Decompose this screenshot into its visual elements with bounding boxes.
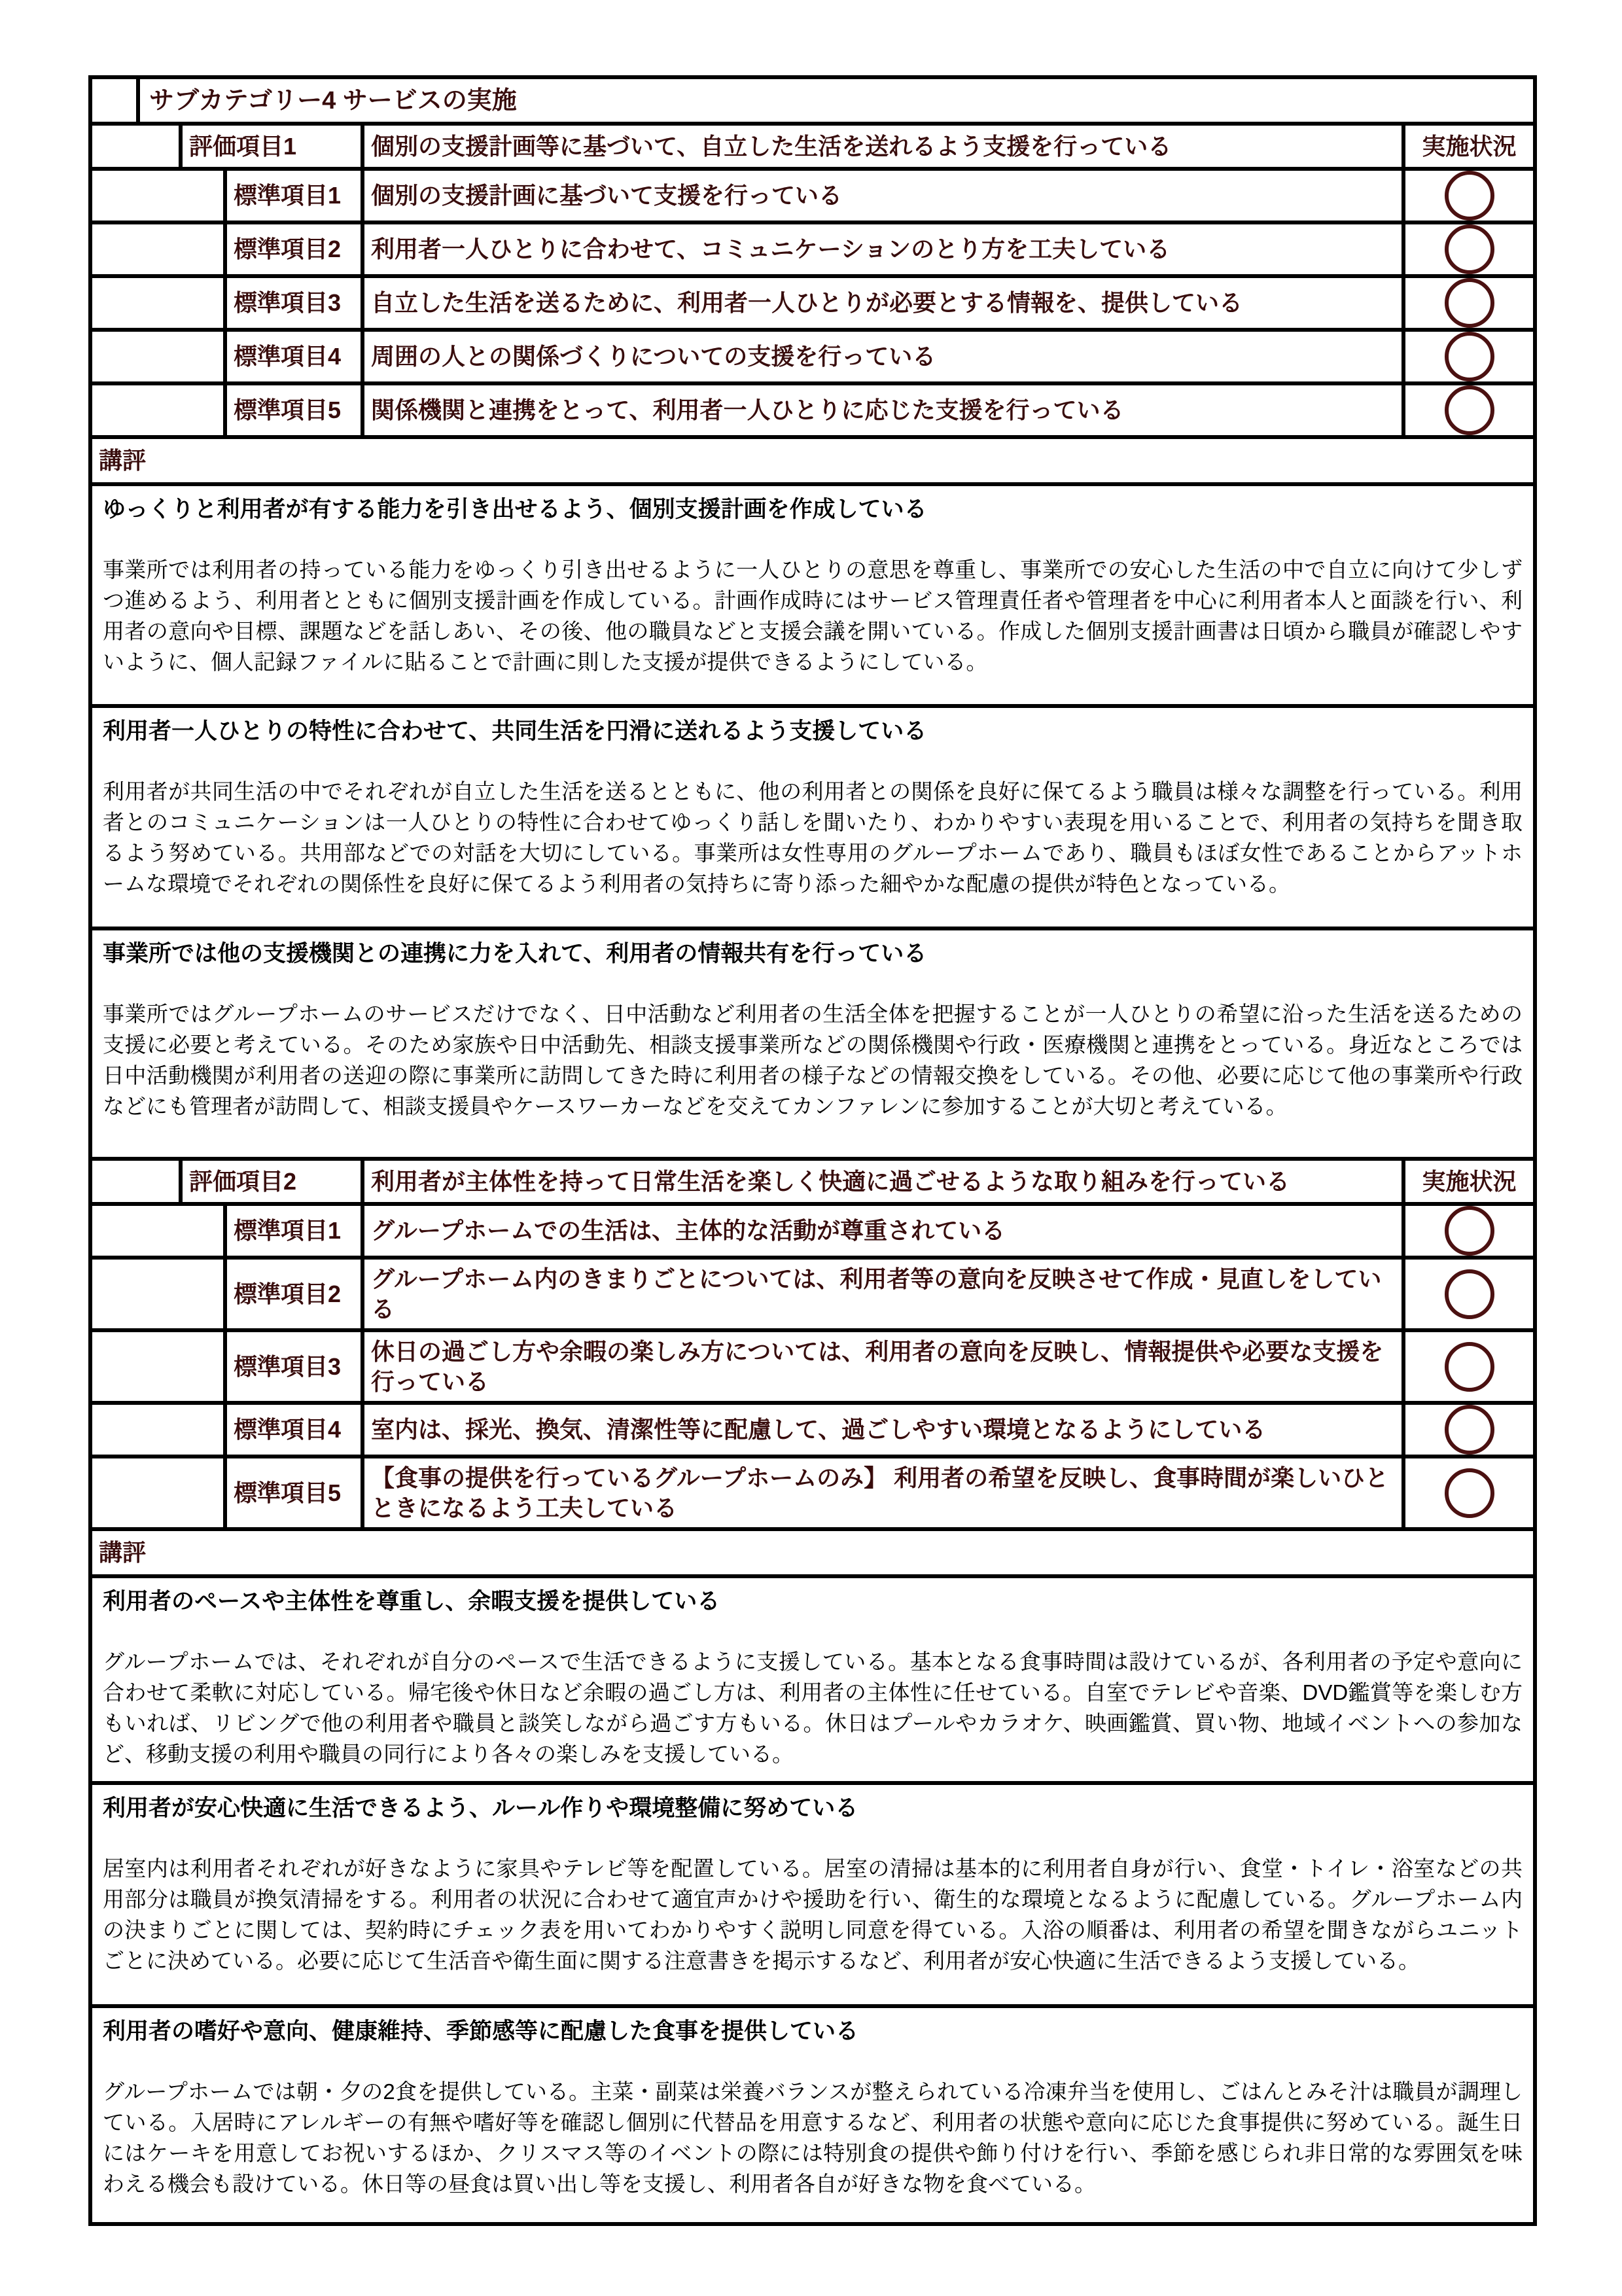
- review-block: ゆっくりと利用者が有する能力を引き出せるよう、個別支援計画を作成している 事業所…: [92, 486, 1533, 704]
- status-circle-icon: [1445, 171, 1494, 221]
- review-block-row: 利用者のペースや主体性を尊重し、余暇支援を提供している グループホームでは、それ…: [92, 1574, 1533, 1781]
- standard-item-text: グループホームでの生活は、主体的な活動が尊重されている: [361, 1206, 1402, 1256]
- status-column-header: 実施状況: [1402, 126, 1533, 167]
- review-body: 事業所ではグループホームのサービスだけでなく、日中活動など利用者の生活全体を把握…: [103, 998, 1523, 1122]
- standard-item-label: 標準項目5: [223, 385, 361, 435]
- indent-cell: [92, 1405, 223, 1455]
- standard-item-text: 【食事の提供を行っているグループホームのみ】 利用者の希望を反映し、食事時間が楽…: [361, 1458, 1402, 1527]
- standard-item-row: 標準項目5 【食事の提供を行っているグループホームのみ】 利用者の希望を反映し、…: [92, 1455, 1533, 1527]
- indent-cell: [92, 1332, 223, 1401]
- review-block: 利用者が安心快適に生活できるよう、ルール作りや環境整備に努めている 居室内は利用…: [92, 1785, 1533, 2004]
- standard-item-label: 標準項目4: [223, 1405, 361, 1455]
- standard-item-label: 標準項目2: [223, 224, 361, 274]
- standard-item-label: 標準項目3: [223, 1332, 361, 1401]
- indent-cell: [92, 1206, 223, 1256]
- review-block-row: 事業所では他の支援機関との連携に力を入れて、利用者の情報共有を行っている 事業所…: [92, 927, 1533, 1157]
- status-cell: [1402, 171, 1533, 221]
- status-cell: [1402, 332, 1533, 381]
- review-block-row: 利用者が安心快適に生活できるよう、ルール作りや環境整備に努めている 居室内は利用…: [92, 1781, 1533, 2004]
- report-page: サブカテゴリー4 サービスの実施 評価項目1 個別の支援計画等に基づいて、自立し…: [0, 0, 1622, 2296]
- standard-item-label: 標準項目1: [223, 171, 361, 221]
- standard-item-row: 標準項目1 個別の支援計画に基づいて支援を行っている: [92, 167, 1533, 221]
- review-header-row: 講評: [92, 435, 1533, 482]
- standard-item-row: 標準項目5 関係機関と連携をとって、利用者一人ひとりに応じた支援を行っている: [92, 381, 1533, 435]
- status-circle-icon: [1445, 278, 1494, 328]
- standard-item-text: 周囲の人との関係づくりについての支援を行っている: [361, 332, 1402, 381]
- standard-item-row: 標準項目3 休日の過ごし方や余暇の楽しみ方については、利用者の意向を反映し、情報…: [92, 1328, 1533, 1401]
- review-headline: 利用者の嗜好や意向、健康維持、季節感等に配慮した食事を提供している: [103, 2016, 1523, 2047]
- review-body: 居室内は利用者それぞれが好きなように家具やテレビ等を配置している。居室の清掃は基…: [103, 1853, 1523, 1976]
- standard-item-text: 関係機関と連携をとって、利用者一人ひとりに応じた支援を行っている: [361, 385, 1402, 435]
- indent-cell: [92, 171, 223, 221]
- standard-item-row: 標準項目1 グループホームでの生活は、主体的な活動が尊重されている: [92, 1202, 1533, 1256]
- indent-cell: [92, 278, 223, 328]
- review-label: 講評: [92, 439, 152, 482]
- status-circle-icon: [1445, 224, 1494, 274]
- indent-cell: [92, 1458, 223, 1527]
- status-circle-icon: [1445, 1206, 1494, 1256]
- review-body: 事業所では利用者の持っている能力をゆっくり引き出せるように一人ひとりの意思を尊重…: [103, 554, 1523, 677]
- review-headline: 事業所では他の支援機関との連携に力を入れて、利用者の情報共有を行っている: [103, 938, 1523, 970]
- review-block: 利用者一人ひとりの特性に合わせて、共同生活を円滑に送れるよう支援している 利用者…: [92, 708, 1533, 927]
- status-circle-icon: [1445, 1468, 1494, 1518]
- review-label: 講評: [92, 1531, 152, 1574]
- status-circle-icon: [1445, 385, 1494, 435]
- status-circle-icon: [1445, 332, 1494, 381]
- standard-item-text: 利用者一人ひとりに合わせて、コミュニケーションのとり方を工夫している: [361, 224, 1402, 274]
- review-block: 利用者のペースや主体性を尊重し、余暇支援を提供している グループホームでは、それ…: [92, 1578, 1533, 1781]
- evaluation-item-label: 評価項目1: [179, 126, 361, 167]
- standard-item-label: 標準項目4: [223, 332, 361, 381]
- status-cell: [1402, 1206, 1533, 1256]
- review-headline: 利用者が安心快適に生活できるよう、ルール作りや環境整備に努めている: [103, 1793, 1523, 1824]
- indent-cell: [92, 332, 223, 381]
- indent-cell: [92, 224, 223, 274]
- standard-item-text: グループホーム内のきまりごとについては、利用者等の意向を反映させて作成・見直しを…: [361, 1260, 1402, 1328]
- indent-cell: [92, 79, 136, 122]
- evaluation-item-label: 評価項目2: [179, 1161, 361, 1202]
- standard-item-text: 自立した生活を送るために、利用者一人ひとりが必要とする情報を、提供している: [361, 278, 1402, 328]
- evaluation-item-text: 個別の支援計画等に基づいて、自立した生活を送れるよう支援を行っている: [361, 126, 1402, 167]
- status-cell: [1402, 1405, 1533, 1455]
- status-circle-icon: [1445, 1405, 1494, 1455]
- standard-item-row: 標準項目2 利用者一人ひとりに合わせて、コミュニケーションのとり方を工夫している: [92, 221, 1533, 274]
- indent-cell: [92, 385, 223, 435]
- review-block-row: ゆっくりと利用者が有する能力を引き出せるよう、個別支援計画を作成している 事業所…: [92, 482, 1533, 704]
- standard-item-row: 標準項目4 室内は、採光、換気、清潔性等に配慮して、過ごしやすい環境となるように…: [92, 1401, 1533, 1455]
- review-block: 事業所では他の支援機関との連携に力を入れて、利用者の情報共有を行っている 事業所…: [92, 930, 1533, 1157]
- subcategory-title: サブカテゴリー4 サービスの実施: [136, 79, 526, 122]
- standard-item-text: 室内は、採光、換気、清潔性等に配慮して、過ごしやすい環境となるようにしている: [361, 1405, 1402, 1455]
- standard-item-row: 標準項目3 自立した生活を送るために、利用者一人ひとりが必要とする情報を、提供し…: [92, 274, 1533, 328]
- indent-cell: [92, 126, 179, 167]
- status-cell: [1402, 1458, 1533, 1527]
- status-circle-icon: [1445, 1342, 1494, 1392]
- standard-item-text: 休日の過ごし方や余暇の楽しみ方については、利用者の意向を反映し、情報提供や必要な…: [361, 1332, 1402, 1401]
- evaluation-report-table: サブカテゴリー4 サービスの実施 評価項目1 個別の支援計画等に基づいて、自立し…: [88, 75, 1537, 2226]
- review-headline: 利用者のペースや主体性を尊重し、余暇支援を提供している: [103, 1586, 1523, 1617]
- status-cell: [1402, 224, 1533, 274]
- standard-item-text: 個別の支援計画に基づいて支援を行っている: [361, 171, 1402, 221]
- status-circle-icon: [1445, 1269, 1494, 1319]
- evaluation-item-text: 利用者が主体性を持って日常生活を楽しく快適に過ごせるような取り組みを行っている: [361, 1161, 1402, 1202]
- status-column-header: 実施状況: [1402, 1161, 1533, 1202]
- review-headline: 利用者一人ひとりの特性に合わせて、共同生活を円滑に送れるよう支援している: [103, 716, 1523, 747]
- standard-item-label: 標準項目2: [223, 1260, 361, 1328]
- status-cell: [1402, 278, 1533, 328]
- review-body: グループホームでは、それぞれが自分のペースで生活できるように支援している。基本と…: [103, 1646, 1523, 1769]
- review-block-row: 利用者の嗜好や意向、健康維持、季節感等に配慮した食事を提供している グループホー…: [92, 2004, 1533, 2222]
- review-header-row: 講評: [92, 1527, 1533, 1574]
- review-body: 利用者が共同生活の中でそれぞれが自立した生活を送るとともに、他の利用者との関係を…: [103, 776, 1523, 899]
- status-cell: [1402, 1332, 1533, 1401]
- indent-cell: [92, 1161, 179, 1202]
- evaluation-item-1-row: 評価項目1 個別の支援計画等に基づいて、自立した生活を送れるよう支援を行っている…: [92, 122, 1533, 167]
- review-headline: ゆっくりと利用者が有する能力を引き出せるよう、個別支援計画を作成している: [103, 494, 1523, 525]
- standard-item-row: 標準項目4 周囲の人との関係づくりについての支援を行っている: [92, 328, 1533, 381]
- subcategory-row: サブカテゴリー4 サービスの実施: [92, 79, 1533, 122]
- standard-item-row: 標準項目2 グループホーム内のきまりごとについては、利用者等の意向を反映させて作…: [92, 1256, 1533, 1328]
- status-cell: [1402, 1260, 1533, 1328]
- review-body: グループホームでは朝・夕の2食を提供している。主菜・副菜は栄養バランスが整えられ…: [103, 2076, 1523, 2199]
- status-cell: [1402, 385, 1533, 435]
- standard-item-label: 標準項目1: [223, 1206, 361, 1256]
- standard-item-label: 標準項目3: [223, 278, 361, 328]
- review-block: 利用者の嗜好や意向、健康維持、季節感等に配慮した食事を提供している グループホー…: [92, 2008, 1533, 2222]
- standard-item-label: 標準項目5: [223, 1458, 361, 1527]
- review-block-row: 利用者一人ひとりの特性に合わせて、共同生活を円滑に送れるよう支援している 利用者…: [92, 704, 1533, 927]
- evaluation-item-2-row: 評価項目2 利用者が主体性を持って日常生活を楽しく快適に過ごせるような取り組みを…: [92, 1157, 1533, 1202]
- indent-cell: [92, 1260, 223, 1328]
